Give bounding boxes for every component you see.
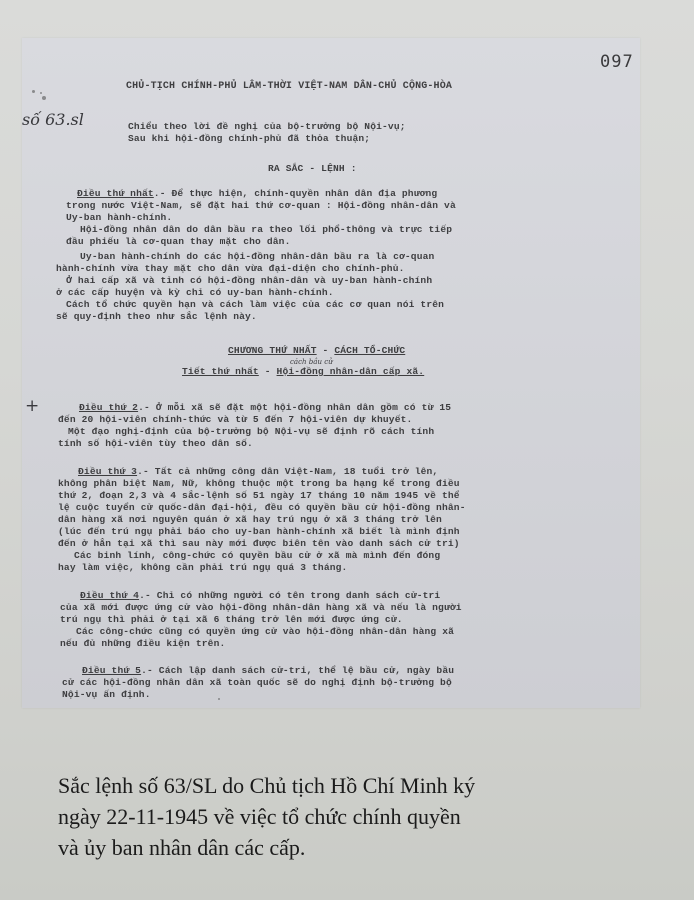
- article-1-line: Uy-ban hành-chính.: [66, 212, 172, 223]
- margin-mark-plus: +: [25, 396, 39, 416]
- margin-note-decree-number: số 63.sl: [22, 110, 84, 129]
- article-5-line: Nội-vụ ấn định.: [62, 689, 151, 700]
- ink-speck: [32, 90, 35, 93]
- article-5-first-line: Điều thứ 5.- Cách lập danh sách cử-tri, …: [82, 665, 454, 676]
- article-3-first-line: Điều thứ 3.- Tất cả những công dân Việt-…: [78, 466, 438, 477]
- article-4-first-line: Điều thứ 4.- Chỉ có những người có tên t…: [80, 590, 440, 601]
- preamble-line-2: Sau khi hội-đồng chính-phủ đã thỏa thuận…: [128, 133, 370, 144]
- section-heading: Tiết thứ nhất - Hội-đồng nhân-dân cấp xã…: [182, 366, 424, 377]
- article-3-line: dân hàng xã nơi nguyên quán ở xã hay trú…: [58, 514, 442, 525]
- article-3-line: đến ở hẳn tại xã thì sau này mới được bi…: [58, 538, 460, 549]
- article-3-line: hay làm việc, không cần phải trú ngụ quá…: [58, 562, 347, 573]
- photo-caption: Sắc lệnh số 63/SL do Chủ tịch Hồ Chí Min…: [58, 770, 658, 863]
- article-1-line: hành-chính vừa thay mặt cho dân vừa đại-…: [56, 263, 405, 274]
- article-3-line: không phân biệt Nam, Nữ, không thuộc một…: [58, 478, 460, 489]
- article-1-line: đầu phiếu là cơ-quan thay mặt cho dân.: [66, 236, 290, 247]
- handwritten-insert: cách bầu cử: [290, 358, 333, 366]
- article-3-line: (lúc đến trú ngụ phải báo cho uy-ban hàn…: [58, 526, 460, 537]
- article-2-line: Một đạo nghị-định của bộ-trưởng bộ Nội-v…: [68, 426, 434, 437]
- ink-speck: [218, 698, 220, 700]
- page-number: 097: [600, 52, 634, 72]
- article-2-line: tính số hội-viên tùy theo dân số.: [58, 438, 253, 449]
- article-2-line: đến 20 hội-viên chính-thức và từ 5 đến 7…: [58, 414, 412, 425]
- article-1-label: Điều thứ nhất: [77, 188, 154, 199]
- article-1-line: sẽ quy-định theo như sắc lệnh này.: [56, 311, 257, 322]
- decree-heading: RA SẮC - LỆNH :: [268, 163, 357, 174]
- article-3-line: lệ cuộc tuyển cử quốc-dân đại-hội, đều c…: [58, 502, 466, 513]
- article-3-line: thứ 2, đoạn 2,3 và 4 sắc-lệnh số 51 ngày…: [58, 490, 460, 501]
- article-3-line: Các binh lính, công-chức có quyền bầu cử…: [74, 550, 440, 561]
- document-header-title: CHỦ-TỊCH CHÍNH-PHỦ LÂM-THỜI VIỆT-NAM DÂN…: [126, 81, 452, 92]
- article-1-line: trong nước Việt-Nam, sẽ đặt hai thứ cơ-q…: [66, 200, 456, 211]
- article-5-line: cử các hội-đồng nhân dân xã toàn quốc sẽ…: [62, 677, 452, 688]
- chapter-heading: CHƯƠNG THỨ NHẤT - CÁCH TỔ-CHỨC: [228, 345, 405, 356]
- caption-line: Sắc lệnh số 63/SL do Chủ tịch Hồ Chí Min…: [58, 770, 658, 801]
- article-4-line: nếu đủ những điều kiện trên.: [60, 638, 225, 649]
- ink-speck: [42, 96, 46, 100]
- ink-speck: [40, 92, 42, 94]
- preamble-line-1: Chiểu theo lời đề nghị của bộ-trưởng bộ …: [128, 121, 406, 132]
- article-4-line: Các công-chức cũng có quyền ứng cử vào h…: [76, 626, 454, 637]
- article-1-first-line: Điều thứ nhất.- Để thực hiện, chính-quyề…: [77, 188, 437, 199]
- article-1-line: ở các cấp huyện và kỳ chỉ có uy-ban hành…: [56, 287, 334, 298]
- article-4-line: trú ngụ thì phải ở tại xã 6 tháng trở lê…: [60, 614, 403, 625]
- article-2-first-line: Điều thứ 2.- Ở mỗi xã sẽ đặt một hội-đồn…: [79, 402, 451, 413]
- archival-document-page: 097 số 63.sl CHỦ-TỊCH CHÍNH-PHỦ LÂM-THỜI…: [22, 38, 640, 708]
- article-4-line: của xã mới được ứng cử vào hội-đồng nhân…: [60, 602, 462, 613]
- caption-line: ngày 22-11-1945 về việc tổ chức chính qu…: [58, 801, 658, 832]
- article-1-line: Cách tổ chức quyền hạn và cách làm việc …: [66, 299, 444, 310]
- article-1-line: Uy-ban hành-chính do các hội-đồng nhân-d…: [80, 251, 434, 262]
- caption-line: và ủy ban nhân dân các cấp.: [58, 832, 658, 863]
- article-1-line: Ở hai cấp xã và tỉnh có hội-đồng nhân-dâ…: [66, 275, 432, 286]
- article-1-line: Hội-đồng nhân dân do dân bầu ra theo lối…: [80, 224, 452, 235]
